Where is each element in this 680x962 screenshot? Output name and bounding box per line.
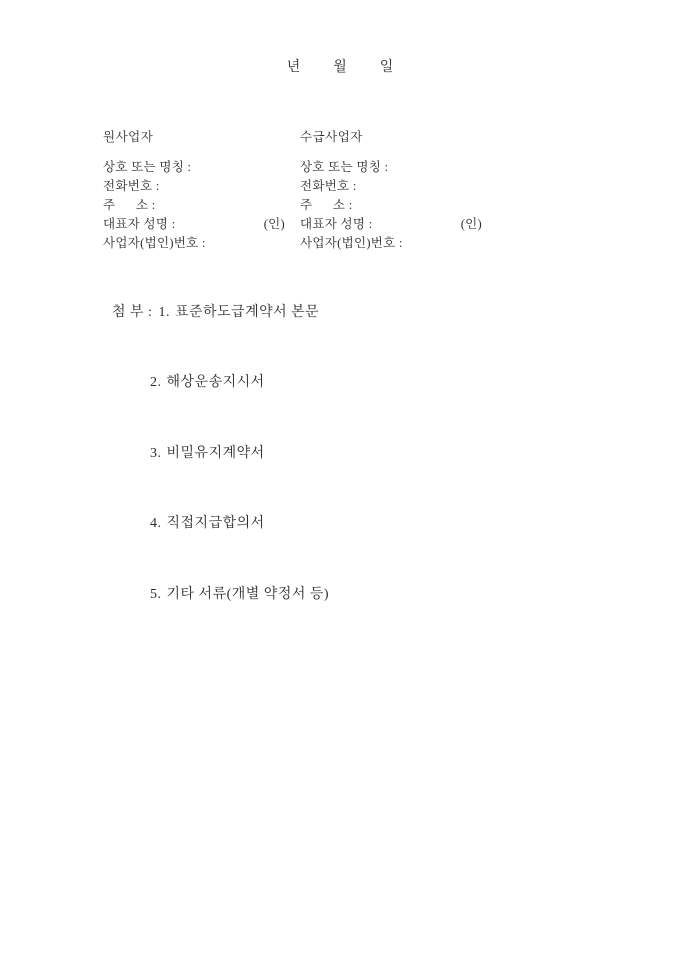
seal-mark: (인) [264, 215, 285, 234]
party-principal-block: 원사업자 상호 또는 명칭 : 전화번호 : 주 소 : 대표자 성명 : (인… [103, 128, 285, 253]
field-address: 주 소 : [300, 196, 482, 215]
field-company-name: 상호 또는 명칭 : [300, 158, 482, 177]
party-subcontractor-title: 수급사업자 [300, 128, 482, 147]
party-principal-title: 원사업자 [103, 128, 285, 147]
date-month-label: 월 [333, 57, 347, 79]
field-label: 대표자 성명 : [300, 217, 373, 231]
field-address: 주 소 : [103, 196, 285, 215]
attachment-number: 3. [150, 446, 162, 461]
date-year-label: 년 [287, 57, 301, 79]
field-company-name: 상호 또는 명칭 : [103, 158, 285, 177]
attachment-text: 직접지급합의서 [167, 516, 265, 531]
party-principal-fields: 상호 또는 명칭 : 전화번호 : 주 소 : 대표자 성명 : (인) 사업자… [103, 158, 285, 253]
attachment-item-1: 첨 부 :1.표준하도급계약서 본문 [88, 277, 329, 348]
attachment-text: 기타 서류(개별 약정서 등) [167, 587, 330, 602]
field-label: 상호 또는 명칭 : [103, 160, 191, 174]
field-label: 대표자 성명 : [103, 217, 176, 231]
attachment-item-2: 2.해상운송지시서 [126, 348, 329, 419]
date-line: 년 월 일 [0, 57, 680, 79]
attachment-number: 1. [158, 305, 170, 320]
attachment-text: 표준하도급계약서 본문 [175, 305, 319, 320]
field-label: 전화번호 : [103, 179, 160, 193]
attachment-item-5: 5.기타 서류(개별 약정서 등) [126, 559, 329, 630]
field-label: 사업자(법인)번호 : [300, 236, 403, 250]
field-label: 상호 또는 명칭 : [300, 160, 388, 174]
attachment-number: 4. [150, 516, 162, 531]
field-business-number: 사업자(법인)번호 : [300, 234, 482, 253]
attachments-label: 첨 부 : [112, 305, 152, 320]
field-label: 사업자(법인)번호 : [103, 236, 206, 250]
field-phone-number: 전화번호 : [300, 177, 482, 196]
field-phone-number: 전화번호 : [103, 177, 285, 196]
attachment-item-4: 4.직접지급합의서 [126, 489, 329, 560]
attachment-text: 해상운송지시서 [167, 375, 265, 390]
field-representative-name: 대표자 성명 : (인) [300, 215, 482, 234]
contract-signature-page: 년 월 일 원사업자 상호 또는 명칭 : 전화번호 : 주 소 : 대표자 성… [0, 0, 680, 962]
date-day-label: 일 [380, 57, 394, 79]
attachment-text: 비밀유지계약서 [167, 446, 265, 461]
attachment-number: 5. [150, 587, 162, 602]
attachments-block: 첨 부 :1.표준하도급계약서 본문 2.해상운송지시서 3.비밀유지계약서 4… [88, 277, 329, 630]
field-business-number: 사업자(법인)번호 : [103, 234, 285, 253]
attachment-number: 2. [150, 375, 162, 390]
field-label: 주 소 : [103, 198, 156, 212]
field-label: 주 소 : [300, 198, 353, 212]
field-representative-name: 대표자 성명 : (인) [103, 215, 285, 234]
attachment-item-3: 3.비밀유지계약서 [126, 418, 329, 489]
party-subcontractor-fields: 상호 또는 명칭 : 전화번호 : 주 소 : 대표자 성명 : (인) 사업자… [300, 158, 482, 253]
field-label: 전화번호 : [300, 179, 357, 193]
party-subcontractor-block: 수급사업자 상호 또는 명칭 : 전화번호 : 주 소 : 대표자 성명 : (… [300, 128, 482, 253]
seal-mark: (인) [461, 215, 482, 234]
